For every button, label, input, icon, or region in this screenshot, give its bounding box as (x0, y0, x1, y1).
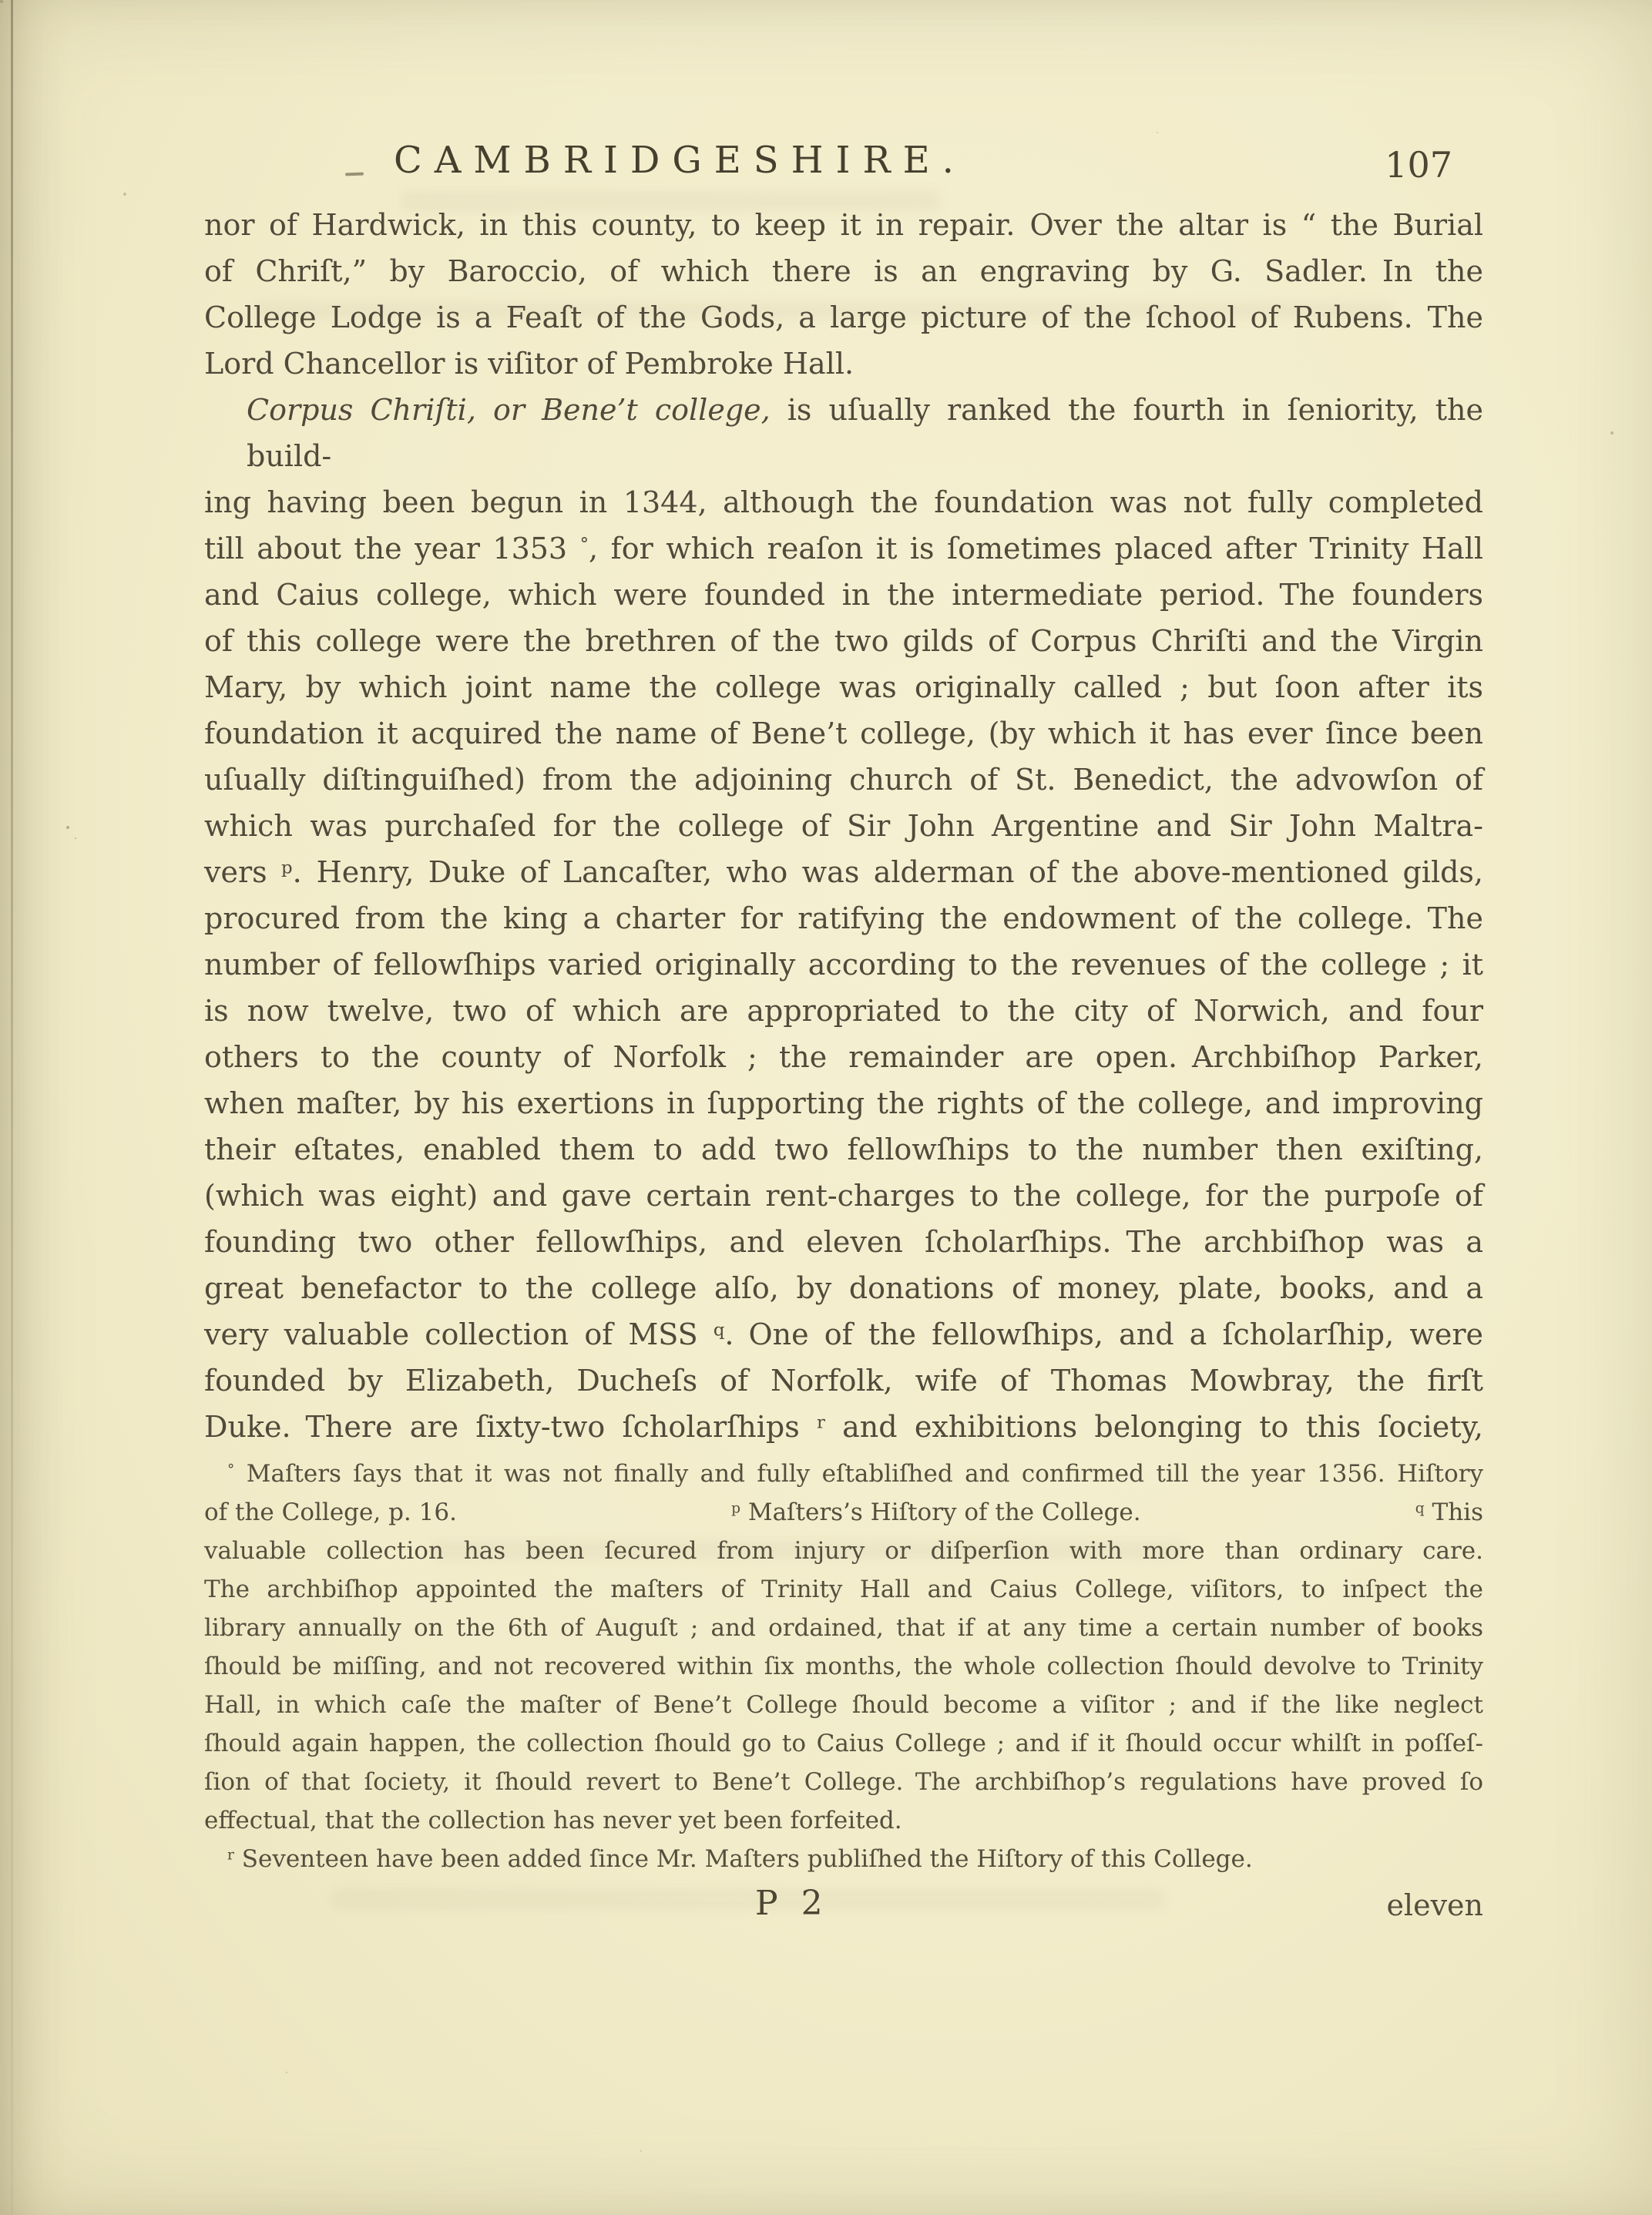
text-segment: is now twelve, two of which are appropri… (204, 994, 1483, 1028)
text-segment: of Chriſt,” by Baroccio, of which there … (204, 254, 1483, 288)
page-header: CAMBRIDGESHIRE. 107 (204, 129, 1483, 191)
text-segment: The archbiſhop appointed the maſters of … (204, 1576, 1483, 1603)
body-line: uſually diſtinguiſhed) from the adjoinin… (204, 757, 1483, 803)
body-line: great benefactor to the college alſo, by… (204, 1265, 1483, 1311)
text-segment: Seventeen have been added ſince Mr. Maſt… (234, 1845, 1253, 1873)
footnote-line: The archbiſhop appointed the maſters of … (204, 1570, 1483, 1609)
footnote-marker: r (817, 1413, 825, 1433)
text-segment: very valuable collection of MSS (204, 1317, 714, 1351)
text-segment: great benefactor to the college alſo, by… (204, 1271, 1483, 1305)
body-line: which was purchaſed for the college of S… (204, 803, 1483, 849)
body-line: foundation it acquired the name of Bene’… (204, 710, 1483, 757)
footnote-line: ſhould be miſſing, and not recovered wit… (204, 1647, 1483, 1686)
text-segment: uſually diſtinguiſhed) from the adjoinin… (204, 763, 1483, 797)
body-line: when maſter, by his exertions in ſupport… (204, 1080, 1483, 1126)
book-page: CAMBRIDGESHIRE. 107 nor of Hardwick, in … (0, 0, 1652, 2215)
text-segment: Maſters ſays that it was not finally and… (234, 1460, 1483, 1488)
text-segment: procured from the king a charter for rat… (204, 901, 1483, 935)
body-line: Duke. There are ſixty-two ſcholarſhips r… (204, 1404, 1483, 1450)
body-line: College Lodge is a Feaſt of the Gods, a … (204, 294, 1483, 341)
footnote-marker: q (714, 1321, 725, 1341)
footnote-group: of the College, p. 16. (204, 1493, 457, 1532)
text-segment: This (1425, 1498, 1483, 1526)
text-segment: ing having been begun in 1344, although … (204, 485, 1483, 519)
body-line: very valuable collection of MSS q. One o… (204, 1311, 1483, 1358)
footnote-line: Hall, in which caſe the maſter of Bene’t… (204, 1686, 1483, 1724)
footnote-line: of the College, p. 16.p Maſters’s Hiſtor… (204, 1493, 1483, 1532)
footnote-marker: ° (227, 1462, 234, 1478)
text-segment: vers (204, 855, 281, 889)
text-segment: , for which reaſon it is ſometimes place… (589, 532, 1483, 565)
page-footer: P 2 eleven (204, 1884, 1483, 1938)
text-segment: of the College, p. 16. (204, 1498, 457, 1526)
catchword: eleven (1386, 1888, 1483, 1922)
paper-specks (0, 0, 3, 3)
text-segment: and Caius college, which were founded in… (204, 578, 1483, 612)
text-segment: which was purchaſed for the college of S… (204, 809, 1483, 843)
text-segment: . One of the fellowſhips, and a ſcholarſ… (724, 1317, 1483, 1351)
footnote-line: ſhould again happen, the collection ſhou… (204, 1724, 1483, 1763)
footnote-line: effectual, that the collection has never… (204, 1801, 1483, 1840)
page-number: 107 (1385, 134, 1452, 196)
body-line: Lord Chancellor is viſitor of Pembroke H… (204, 341, 1483, 387)
text-segment: foundation it acquired the name of Bene’… (204, 717, 1483, 750)
body-line: number of fellowſhips varied originally … (204, 941, 1483, 988)
body-line: vers p. Henry, Duke of Lancaſter, who wa… (204, 849, 1483, 895)
body-line: founding two other fellowſhips, and elev… (204, 1219, 1483, 1265)
body-line: nor of Hardwick, in this county, to keep… (204, 202, 1483, 248)
footnote-text: ° Maſters ſays that it was not finally a… (204, 1455, 1483, 1878)
footnote-marker: r (227, 1848, 234, 1864)
body-line: and Caius college, which were founded in… (204, 572, 1483, 618)
body-line: Mary, by which joint name the college wa… (204, 664, 1483, 710)
text-segment: Corpus Chriſti, or Bene’t college, (247, 393, 771, 427)
body-line: founded by Elizabeth, Ducheſs of Norfolk… (204, 1358, 1483, 1404)
body-line: Corpus Chriſti, or Bene’t college, is uſ… (204, 387, 1483, 479)
footnote-line: ſion of that ſociety, it ſhould revert t… (204, 1763, 1483, 1801)
text-segment: Lord Chancellor is viſitor of Pembroke H… (204, 347, 854, 381)
footnote-line: valuable collection has been ſecured fro… (204, 1532, 1483, 1570)
text-segment: their eſtates, enabled them to add two f… (204, 1133, 1483, 1166)
body-line: ing having been begun in 1344, although … (204, 479, 1483, 525)
body-line: of this college were the brethren of the… (204, 618, 1483, 664)
footnote-marker: p (731, 1501, 740, 1517)
text-segment: founding two other fellowſhips, and elev… (204, 1225, 1483, 1259)
text-segment: ſhould again happen, the collection ſhou… (204, 1730, 1483, 1757)
text-segment: Hall, in which caſe the maſter of Bene’t… (204, 1691, 1483, 1719)
text-segment: Maſters’s Hiſtory of the College. (740, 1498, 1141, 1526)
body-text: nor of Hardwick, in this county, to keep… (204, 202, 1483, 1450)
page-gutter-shadow (11, 0, 13, 2215)
body-line: till about the year 1353 °, for which re… (204, 525, 1483, 572)
footnote-marker: q (1415, 1501, 1425, 1517)
body-line: (which was eight) and gave certain rent-… (204, 1173, 1483, 1219)
text-segment: till about the year 1353 (204, 532, 580, 565)
body-line: is now twelve, two of which are appropri… (204, 988, 1483, 1034)
text-segment: founded by Elizabeth, Ducheſs of Norfolk… (204, 1364, 1483, 1398)
text-segment: library annually on the 6th of Auguſt ; … (204, 1614, 1483, 1642)
footnote-marker: ° (580, 535, 589, 555)
text-segment: when maſter, by his exertions in ſupport… (204, 1086, 1483, 1120)
page-title: CAMBRIDGESHIRE. (394, 129, 966, 191)
text-segment: (which was eight) and gave certain rent-… (204, 1179, 1483, 1213)
body-line: of Chriſt,” by Baroccio, of which there … (204, 248, 1483, 294)
text-segment: effectual, that the collection has never… (204, 1807, 902, 1834)
body-line: their eſtates, enabled them to add two f… (204, 1126, 1483, 1173)
text-segment: College Lodge is a Feaſt of the Gods, a … (204, 300, 1483, 334)
footnote-marker: p (281, 858, 293, 878)
body-line: others to the county of Norfolk ; the re… (204, 1034, 1483, 1080)
text-segment: and exhibitions belonging to this ſociet… (825, 1410, 1483, 1444)
text-segment: Mary, by which joint name the college wa… (204, 670, 1483, 704)
text-segment: number of fellowſhips varied originally … (204, 948, 1483, 982)
body-line: procured from the king a charter for rat… (204, 895, 1483, 941)
footnote-line: r Seventeen have been added ſince Mr. Ma… (204, 1840, 1483, 1878)
text-segment: nor of Hardwick, in this county, to keep… (204, 208, 1483, 242)
footnote-line: library annually on the 6th of Auguſt ; … (204, 1609, 1483, 1647)
text-segment: . Henry, Duke of Lancaſter, who was alde… (293, 855, 1483, 889)
text-segment: ſhould be miſſing, and not recovered wit… (204, 1653, 1483, 1680)
text-segment: valuable collection has been ſecured fro… (204, 1537, 1483, 1565)
footnote-group: p Maſters’s Hiſtory of the College. (731, 1493, 1141, 1532)
footnote-line: ° Maſters ſays that it was not finally a… (204, 1455, 1483, 1493)
text-segment: of this college were the brethren of the… (204, 624, 1483, 658)
text-segment: others to the county of Norfolk ; the re… (204, 1040, 1483, 1074)
footnote-group: q This (1415, 1493, 1483, 1532)
signature-mark: P 2 (755, 1884, 829, 1923)
text-segment: Duke. There are ſixty-two ſcholarſhips (204, 1410, 817, 1444)
text-segment: ſion of that ſociety, it ſhould revert t… (204, 1768, 1483, 1796)
